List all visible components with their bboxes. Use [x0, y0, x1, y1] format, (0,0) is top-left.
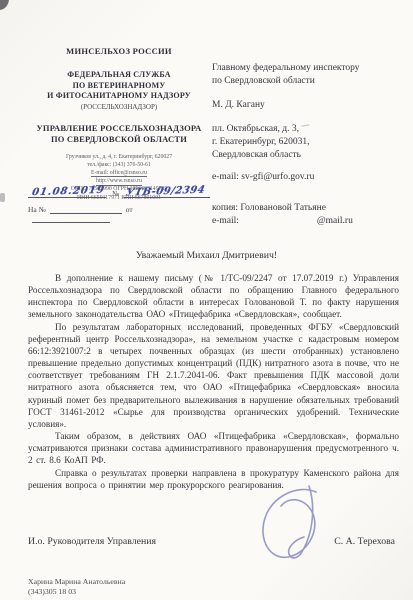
letterhead: МИНСЕЛЬХОЗ РОССИИ ФЕДЕРАЛЬНАЯ СЛУЖБА ПО …: [28, 46, 210, 202]
scan-artifact-mark: [301, 124, 310, 132]
salutation: Уважаемый Михаил Дмитриевич!: [0, 250, 413, 261]
letter-body: В дополнение к нашему письму (№ 1/ТС-09/…: [28, 272, 399, 491]
recipient-address-line1: пл. Октябрьская, д. 3,: [212, 123, 402, 136]
recipient-title-line1: Главному федеральному инспектору: [212, 62, 402, 75]
ref-label: На №: [28, 205, 46, 214]
paragraph-3: Таким образом, в действиях ОАО «Птицефаб…: [28, 430, 399, 466]
service-name-line2: ПО ВЕТЕРИНАРНОМУ: [28, 81, 210, 92]
recipient-title-line2: по Свердловской области: [212, 75, 402, 88]
recipient-address-line3: Свердловская область: [212, 149, 402, 162]
scan-artifact-corner: [0, 0, 9, 10]
scanned-letter-page: МИНСЕЛЬХОЗ РОССИИ ФЕДЕРАЛЬНАЯ СЛУЖБА ПО …: [0, 0, 413, 600]
ministry-name: МИНСЕЛЬХОЗ РОССИИ: [28, 46, 210, 56]
paragraph-1: В дополнение к нашему письму (№ 1/ТС-09/…: [28, 272, 399, 321]
copy-recipient-email: e-mail:@mail.ru: [212, 215, 402, 228]
office-address: Грузчиков ул., д. 4, г. Екатеринбург, 62…: [28, 153, 210, 161]
signer-name: С. А. Терехова: [334, 536, 395, 547]
ref-from-label: от: [126, 205, 133, 214]
ref-number-blank: [50, 205, 122, 214]
executor-phone: (343)305 18 03: [28, 587, 125, 597]
signer-position: И.о. Руководителя Управления: [28, 536, 156, 547]
handwritten-signature: [252, 482, 344, 566]
copy-email-domain: @mail.ru: [317, 216, 353, 226]
ref-date-blank: [32, 214, 110, 223]
executor-block: Харина Марина Анатольевна (343)305 18 03: [28, 577, 125, 596]
service-name-line1: ФЕДЕРАЛЬНАЯ СЛУЖБА: [28, 70, 210, 81]
outgoing-number-line: № 01.08.2019 УТВ-09/2394: [28, 182, 210, 200]
executor-name: Харина Марина Анатольевна: [28, 577, 125, 587]
copy-recipient: копия: Головановой Татьяне: [212, 202, 402, 215]
recipient-block: Главному федеральному инспектору по Свер…: [212, 62, 402, 228]
service-abbreviation: (РОССЕЛЬХОЗНАДЗОР): [28, 103, 210, 111]
paragraph-2: По результатам лабораторных исследований…: [28, 321, 399, 430]
incoming-ref-line: На №от: [28, 205, 210, 223]
office-name-line1: УПРАВЛЕНИЕ РОССЕЛЬХОЗНАДЗОРА: [36, 123, 201, 133]
service-name-line3: И ФИТОСАНИТАРНОМУ НАДЗОРУ: [28, 91, 210, 102]
office-name-line2: ПО СВЕРДЛОВСКОЙ ОБЛАСТИ: [51, 134, 187, 144]
copy-email-label: e-mail:: [212, 216, 239, 226]
recipient-email: e-mail: sv-gfi@urfo.gov.ru: [212, 171, 402, 184]
office-name: УПРАВЛЕНИЕ РОССЕЛЬХОЗНАДЗОРА ПО СВЕРДЛОВ…: [28, 123, 210, 145]
number-sign: №: [112, 189, 119, 198]
scan-artifact-edge: [0, 193, 5, 202]
recipient-address-line2: г. Екатеринбург, 620031,: [212, 136, 402, 149]
office-phone: тел./факс: (343) 376-50-61: [28, 161, 210, 169]
recipient-name: М. Д. Кагану: [212, 99, 402, 112]
